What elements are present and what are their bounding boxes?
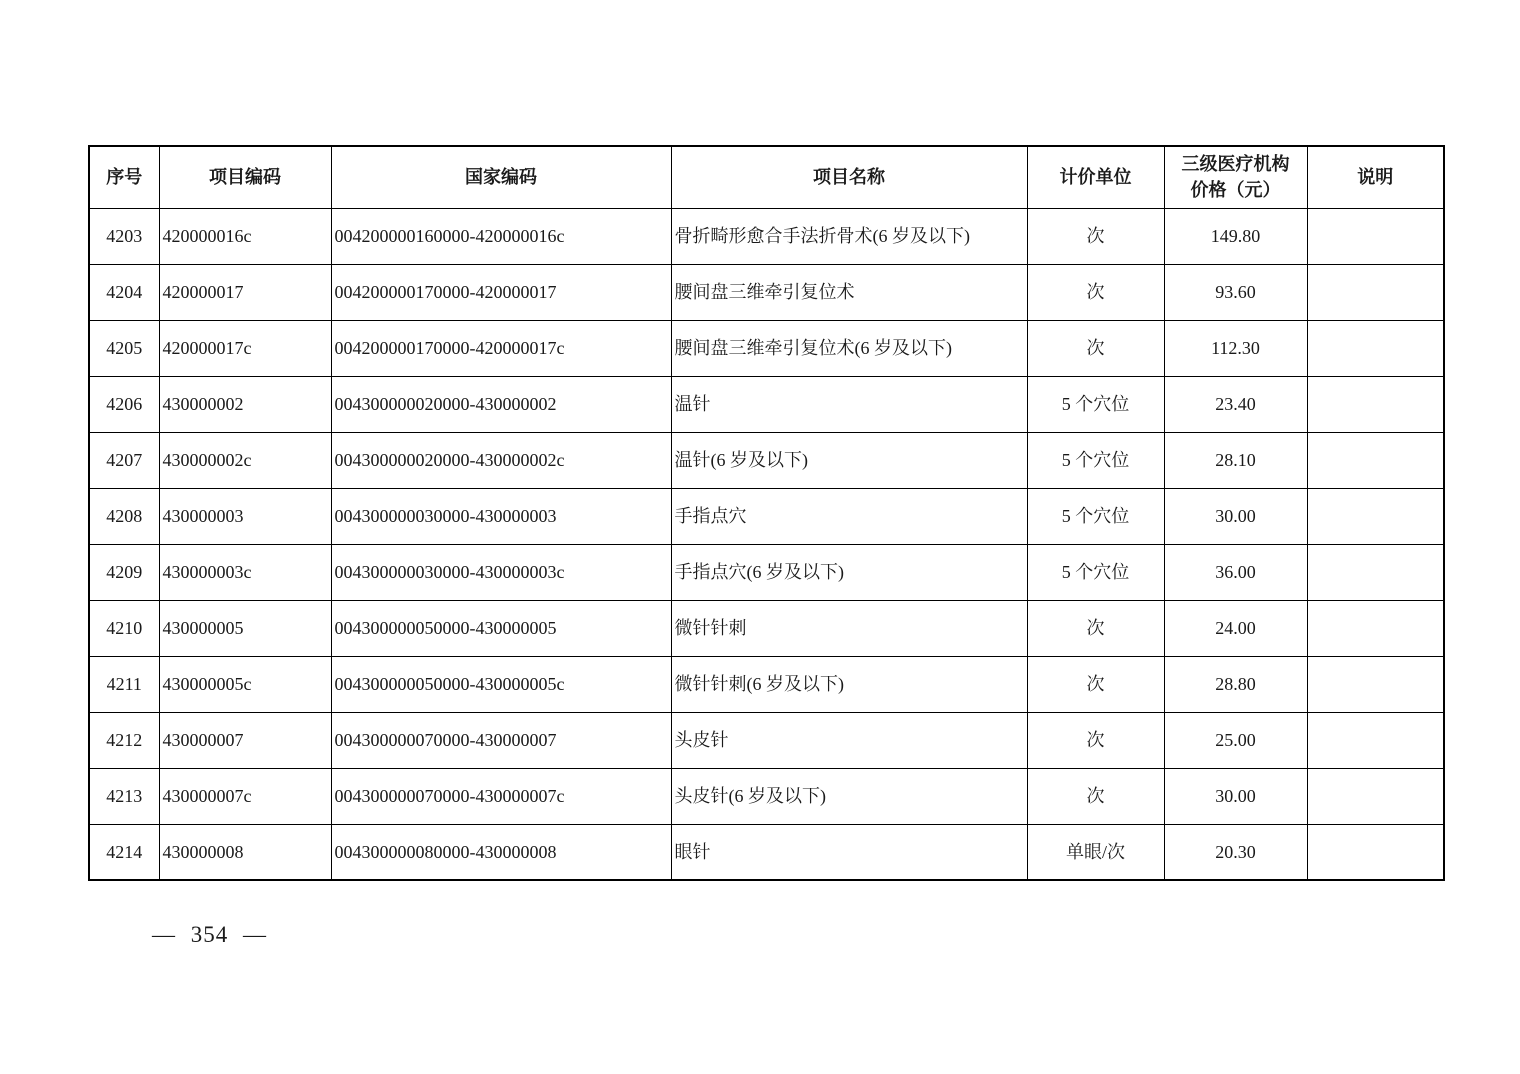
cell-item-code: 430000005c xyxy=(159,656,331,712)
cell-item-name: 手指点穴 xyxy=(671,488,1027,544)
cell-note xyxy=(1307,600,1444,656)
table-header: 序号 项目编码 国家编码 项目名称 计价单位 三级医疗机构 价格（元） 说明 xyxy=(89,146,1444,208)
cell-tier3-price: 28.80 xyxy=(1164,656,1307,712)
cell-note xyxy=(1307,544,1444,600)
cell-item-code: 430000003 xyxy=(159,488,331,544)
cell-tier3-price: 23.40 xyxy=(1164,376,1307,432)
table-row: 4208430000003004300000030000-430000003手指… xyxy=(89,488,1444,544)
cell-national-code: 004300000070000-430000007 xyxy=(331,712,671,768)
cell-item-code: 420000016c xyxy=(159,208,331,264)
cell-serial-number: 4204 xyxy=(89,264,159,320)
cell-tier3-price: 93.60 xyxy=(1164,264,1307,320)
table-row: 4209430000003c004300000030000-430000003c… xyxy=(89,544,1444,600)
table-row: 4210430000005004300000050000-430000005微针… xyxy=(89,600,1444,656)
cell-serial-number: 4213 xyxy=(89,768,159,824)
header-pricing-unit: 计价单位 xyxy=(1027,146,1164,208)
cell-tier3-price: 30.00 xyxy=(1164,488,1307,544)
cell-item-code: 430000007c xyxy=(159,768,331,824)
cell-pricing-unit: 次 xyxy=(1027,712,1164,768)
cell-tier3-price: 149.80 xyxy=(1164,208,1307,264)
cell-pricing-unit: 次 xyxy=(1027,264,1164,320)
cell-item-code: 430000007 xyxy=(159,712,331,768)
cell-item-name: 温针 xyxy=(671,376,1027,432)
cell-tier3-price: 25.00 xyxy=(1164,712,1307,768)
table-row: 4213430000007c004300000070000-430000007c… xyxy=(89,768,1444,824)
cell-tier3-price: 20.30 xyxy=(1164,824,1307,880)
table-body: 4203420000016c004200000160000-420000016c… xyxy=(89,208,1444,880)
cell-serial-number: 4214 xyxy=(89,824,159,880)
cell-item-code: 420000017c xyxy=(159,320,331,376)
cell-item-name: 腰间盘三维牵引复位术 xyxy=(671,264,1027,320)
cell-serial-number: 4210 xyxy=(89,600,159,656)
cell-note xyxy=(1307,264,1444,320)
cell-tier3-price: 24.00 xyxy=(1164,600,1307,656)
cell-national-code: 004300000020000-430000002 xyxy=(331,376,671,432)
cell-serial-number: 4206 xyxy=(89,376,159,432)
cell-note xyxy=(1307,712,1444,768)
header-serial-number: 序号 xyxy=(89,146,159,208)
cell-pricing-unit: 次 xyxy=(1027,320,1164,376)
cell-item-name: 手指点穴(6 岁及以下) xyxy=(671,544,1027,600)
cell-national-code: 004200000170000-420000017 xyxy=(331,264,671,320)
cell-serial-number: 4203 xyxy=(89,208,159,264)
table-row: 4205420000017c004200000170000-420000017c… xyxy=(89,320,1444,376)
cell-serial-number: 4205 xyxy=(89,320,159,376)
cell-national-code: 004200000160000-420000016c xyxy=(331,208,671,264)
cell-national-code: 004300000030000-430000003c xyxy=(331,544,671,600)
cell-national-code: 004300000020000-430000002c xyxy=(331,432,671,488)
table-row: 4214430000008004300000080000-430000008眼针… xyxy=(89,824,1444,880)
document-page: 序号 项目编码 国家编码 项目名称 计价单位 三级医疗机构 价格（元） 说明 4… xyxy=(0,0,1520,1074)
cell-serial-number: 4211 xyxy=(89,656,159,712)
cell-item-name: 腰间盘三维牵引复位术(6 岁及以下) xyxy=(671,320,1027,376)
cell-item-code: 430000008 xyxy=(159,824,331,880)
table-row: 4206430000002004300000020000-430000002温针… xyxy=(89,376,1444,432)
cell-note xyxy=(1307,320,1444,376)
cell-item-code: 430000005 xyxy=(159,600,331,656)
cell-item-name: 头皮针 xyxy=(671,712,1027,768)
cell-pricing-unit: 次 xyxy=(1027,656,1164,712)
cell-note xyxy=(1307,376,1444,432)
cell-item-name: 微针针刺 xyxy=(671,600,1027,656)
cell-serial-number: 4209 xyxy=(89,544,159,600)
cell-note xyxy=(1307,824,1444,880)
table-row: 4207430000002c004300000020000-430000002c… xyxy=(89,432,1444,488)
cell-item-code: 430000002c xyxy=(159,432,331,488)
cell-item-name: 头皮针(6 岁及以下) xyxy=(671,768,1027,824)
page-number: — 354 — xyxy=(152,922,267,948)
cell-national-code: 004300000050000-430000005 xyxy=(331,600,671,656)
cell-pricing-unit: 5 个穴位 xyxy=(1027,544,1164,600)
cell-tier3-price: 28.10 xyxy=(1164,432,1307,488)
cell-tier3-price: 36.00 xyxy=(1164,544,1307,600)
cell-note xyxy=(1307,768,1444,824)
cell-pricing-unit: 5 个穴位 xyxy=(1027,488,1164,544)
cell-item-name: 骨折畸形愈合手法折骨术(6 岁及以下) xyxy=(671,208,1027,264)
cell-pricing-unit: 单眼/次 xyxy=(1027,824,1164,880)
cell-national-code: 004300000070000-430000007c xyxy=(331,768,671,824)
cell-item-code: 430000003c xyxy=(159,544,331,600)
cell-serial-number: 4208 xyxy=(89,488,159,544)
cell-item-code: 420000017 xyxy=(159,264,331,320)
cell-national-code: 004300000080000-430000008 xyxy=(331,824,671,880)
medical-price-table: 序号 项目编码 国家编码 项目名称 计价单位 三级医疗机构 价格（元） 说明 4… xyxy=(88,145,1445,881)
cell-serial-number: 4212 xyxy=(89,712,159,768)
cell-item-name: 温针(6 岁及以下) xyxy=(671,432,1027,488)
cell-national-code: 004300000030000-430000003 xyxy=(331,488,671,544)
header-item-name: 项目名称 xyxy=(671,146,1027,208)
table-row: 4212430000007004300000070000-430000007头皮… xyxy=(89,712,1444,768)
cell-pricing-unit: 5 个穴位 xyxy=(1027,376,1164,432)
cell-note xyxy=(1307,432,1444,488)
cell-national-code: 004300000050000-430000005c xyxy=(331,656,671,712)
cell-note xyxy=(1307,656,1444,712)
cell-pricing-unit: 次 xyxy=(1027,768,1164,824)
cell-tier3-price: 112.30 xyxy=(1164,320,1307,376)
cell-note xyxy=(1307,208,1444,264)
table-row: 4211430000005c004300000050000-430000005c… xyxy=(89,656,1444,712)
header-national-code: 国家编码 xyxy=(331,146,671,208)
table-header-row: 序号 项目编码 国家编码 项目名称 计价单位 三级医疗机构 价格（元） 说明 xyxy=(89,146,1444,208)
table-row: 4204420000017004200000170000-420000017腰间… xyxy=(89,264,1444,320)
table-row: 4203420000016c004200000160000-420000016c… xyxy=(89,208,1444,264)
cell-pricing-unit: 5 个穴位 xyxy=(1027,432,1164,488)
cell-serial-number: 4207 xyxy=(89,432,159,488)
cell-pricing-unit: 次 xyxy=(1027,600,1164,656)
cell-item-name: 微针针刺(6 岁及以下) xyxy=(671,656,1027,712)
cell-tier3-price: 30.00 xyxy=(1164,768,1307,824)
cell-national-code: 004200000170000-420000017c xyxy=(331,320,671,376)
header-tier3-price: 三级医疗机构 价格（元） xyxy=(1164,146,1307,208)
cell-pricing-unit: 次 xyxy=(1027,208,1164,264)
cell-item-name: 眼针 xyxy=(671,824,1027,880)
header-note: 说明 xyxy=(1307,146,1444,208)
cell-item-code: 430000002 xyxy=(159,376,331,432)
cell-note xyxy=(1307,488,1444,544)
header-item-code: 项目编码 xyxy=(159,146,331,208)
